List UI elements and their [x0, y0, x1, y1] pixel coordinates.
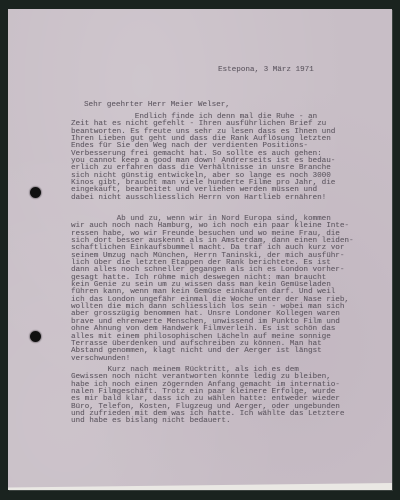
punch-hole-bottom	[30, 331, 41, 342]
scan-background: Estepona, 3 März 1971 Sehr geehrter Herr…	[0, 0, 400, 500]
punch-hole-top	[30, 187, 41, 198]
salutation: Sehr geehrter Herr Meier Welser,	[84, 102, 230, 109]
letter-paragraph-1: Endlich finde ich denn mal die Ruhe - an…	[71, 114, 335, 202]
letter-paragraph-2: Ab und zu, wenn wir in Nord Europa sind,…	[71, 216, 354, 363]
letter-paper: Estepona, 3 März 1971 Sehr geehrter Herr…	[8, 9, 392, 490]
dateline: Estepona, 3 März 1971	[218, 67, 314, 74]
letter-paragraph-3: Kurz nach meinem Rücktritt, als ich es d…	[71, 367, 344, 426]
